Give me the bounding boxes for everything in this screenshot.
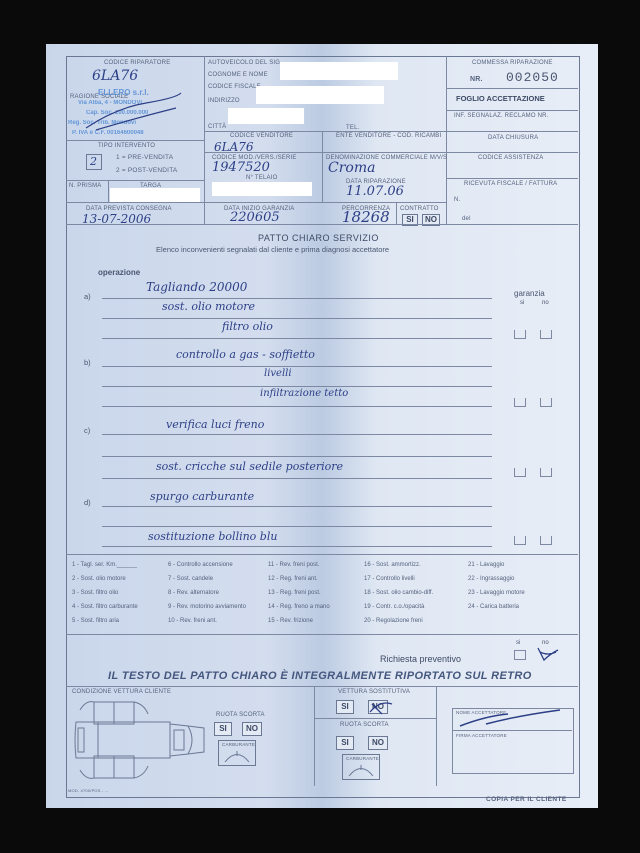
ricevuta-n-label: N. bbox=[454, 197, 460, 203]
codice-riparatore-value[interactable]: 6LA76 bbox=[92, 68, 138, 84]
divider bbox=[204, 131, 446, 132]
cognome-nome-redacted bbox=[280, 62, 398, 80]
indirizzo-label: Indirizzo bbox=[208, 98, 240, 104]
divider bbox=[204, 152, 446, 153]
divider bbox=[66, 202, 446, 203]
preventivo-si-label: si bbox=[516, 640, 520, 646]
line bbox=[102, 366, 492, 367]
operation-code-item: 13 - Reg. freni post. bbox=[268, 590, 321, 596]
divider bbox=[314, 718, 436, 719]
divider bbox=[66, 634, 578, 635]
data-riparazione-value[interactable]: 11.07.06 bbox=[346, 184, 404, 199]
operation-d-garanzia-si[interactable] bbox=[514, 536, 526, 545]
post-vendita-option: 2 = POST-VENDITA bbox=[116, 167, 177, 174]
ruota-scorta-2-label: Ruota scorta bbox=[340, 722, 389, 728]
garanzia-label: garanzia bbox=[514, 289, 545, 298]
ruota-scorta-2-si-button[interactable]: SI bbox=[336, 736, 354, 750]
operation-b-garanzia-no[interactable] bbox=[540, 398, 552, 407]
divider bbox=[452, 730, 572, 731]
fuel-gauge[interactable]: Carburante bbox=[218, 740, 256, 766]
vettura-sostitutiva-label: Vettura sostitutiva bbox=[338, 689, 410, 695]
n-prisma-label: N. Prisma bbox=[69, 183, 101, 189]
operation-b-garanzia-si[interactable] bbox=[514, 398, 526, 407]
operation-code-item: 15 - Rev. frizione bbox=[268, 618, 313, 624]
divider bbox=[446, 88, 578, 89]
line bbox=[102, 338, 492, 339]
vettura-sostitutiva-si-button[interactable]: SI bbox=[336, 700, 354, 714]
operation-c-garanzia-no[interactable] bbox=[540, 468, 552, 477]
divider bbox=[436, 686, 437, 786]
operation-b-letter: b) bbox=[84, 358, 91, 367]
tipo-intervento-label: Tipo intervento bbox=[98, 143, 155, 149]
operation-b-line-2[interactable]: livelli bbox=[264, 368, 292, 379]
operation-code-item: 10 - Rev. freni ant. bbox=[168, 618, 217, 624]
operazione-label: operazione bbox=[98, 268, 140, 277]
ricevuta-del-label: del bbox=[462, 216, 471, 222]
divider bbox=[446, 110, 578, 111]
preventivo-no-checkmark[interactable] bbox=[536, 644, 560, 664]
operation-code-item: 16 - Sost. ammortizz. bbox=[364, 562, 421, 568]
operation-code-item: 4 - Sost. filtro carburante bbox=[72, 604, 138, 610]
form-code: MOD. 4700/POS - ... bbox=[68, 788, 109, 793]
divider bbox=[66, 686, 578, 687]
operation-code-item: 12 - Reg. freni ant. bbox=[268, 576, 318, 582]
operation-code-item: 1 - Tagl. ser. Km.______ bbox=[72, 562, 137, 568]
operation-b-line-3[interactable]: infiltrazione tetto bbox=[260, 388, 348, 399]
nr-label: NR. bbox=[470, 76, 483, 83]
ricevuta-label: Ricevuta fiscale / fattura bbox=[464, 181, 557, 187]
citta-label: Città bbox=[208, 124, 226, 130]
operation-code-item: 5 - Sost. filtro aria bbox=[72, 618, 119, 624]
patto-subtitle: Elenco inconvenienti segnalati dal clien… bbox=[156, 245, 389, 254]
ruota-scorta-label: Ruota scorta bbox=[216, 712, 265, 718]
commessa-label: Commessa riparazione bbox=[472, 60, 553, 66]
divider bbox=[446, 178, 578, 179]
operation-a-garanzia-no[interactable] bbox=[540, 330, 552, 339]
line bbox=[102, 434, 492, 435]
foglio-accettazione-title: FOGLIO ACCETTAZIONE bbox=[456, 94, 545, 103]
n-telaio-label: N° Telaio bbox=[246, 175, 277, 181]
codice-fiscale-redacted bbox=[256, 86, 384, 104]
operation-c-letter: c) bbox=[84, 426, 90, 435]
operation-a-line-1[interactable]: Tagliando 20000 bbox=[146, 280, 247, 294]
data-chiusura-label: Data chiusura bbox=[488, 135, 538, 141]
line bbox=[102, 298, 492, 299]
tipo-intervento-box[interactable]: 2 bbox=[86, 154, 102, 170]
contratto-label: Contratto bbox=[400, 206, 439, 212]
inf-segnalaz-label: Inf. Segnalaz. Reclamo NR. bbox=[454, 113, 549, 119]
operation-code-item: 18 - Sost. olio cambio-diff. bbox=[364, 590, 433, 596]
garanzia-si-label: si bbox=[520, 300, 524, 306]
line bbox=[102, 386, 492, 387]
cognome-nome-label: Cognome e Nome bbox=[208, 72, 268, 78]
operation-d-garanzia-no[interactable] bbox=[540, 536, 552, 545]
n-telaio-redacted bbox=[212, 182, 312, 196]
codice-riparatore-label: Codice Riparatore bbox=[104, 60, 170, 66]
ruota-scorta-si-button[interactable]: SI bbox=[214, 722, 232, 736]
divider bbox=[66, 224, 578, 225]
operation-code-item: 17 - Controllo livelli bbox=[364, 576, 415, 582]
operation-code-item: 9 - Rev. motorino avviamento bbox=[168, 604, 246, 610]
preventivo-si-checkbox[interactable] bbox=[514, 650, 526, 660]
operation-code-item: 22 - Ingrassaggio bbox=[468, 576, 514, 582]
patto-title: PATTO CHIARO SERVIZIO bbox=[258, 233, 379, 243]
divider bbox=[396, 202, 397, 224]
divider bbox=[66, 554, 578, 555]
operation-a-line-2[interactable]: sost. olio motore bbox=[162, 300, 255, 313]
operation-c-line-3[interactable]: sost. cricche sul sedile posteriore bbox=[156, 460, 343, 473]
ente-venditore-label: Ente venditore - Cod. Ricambi bbox=[336, 133, 441, 139]
operation-code-item: 3 - Sost. filtro olio bbox=[72, 590, 118, 596]
divider bbox=[322, 131, 323, 202]
operation-b-line-1[interactable]: controllo a gas - soffietto bbox=[176, 348, 315, 361]
codice-fiscale-label: Codice Fiscale bbox=[208, 84, 261, 90]
accettatore-signature[interactable] bbox=[456, 708, 566, 730]
line bbox=[102, 526, 492, 527]
operation-a-line-3[interactable]: filtro olio bbox=[222, 320, 273, 333]
pre-vendita-option: 1 = PRE-VENDITA bbox=[116, 154, 173, 161]
divider bbox=[108, 180, 109, 202]
indirizzo-redacted bbox=[228, 108, 304, 124]
fuel-gauge-2[interactable]: Carburante bbox=[342, 754, 380, 780]
operation-code-item: 19 - Contr. c.o./opacità bbox=[364, 604, 424, 610]
operation-code-item: 14 - Reg. freno a mano bbox=[268, 604, 330, 610]
operation-code-item: 2 - Sost. olio motore bbox=[72, 576, 126, 582]
codice-venditore-label: Codice Venditore bbox=[230, 133, 293, 139]
divider bbox=[446, 152, 578, 153]
acceptance-form-sheet: Codice Riparatore 6LA76 Ragione sociale … bbox=[46, 44, 598, 808]
operation-code-item: 6 - Controllo accensione bbox=[168, 562, 233, 568]
operation-d-line-1[interactable]: spurgo carburante bbox=[150, 490, 254, 503]
condizione-vettura-label: Condizione vettura cliente bbox=[72, 689, 171, 695]
divider bbox=[446, 56, 447, 224]
denominazione-value[interactable]: Croma bbox=[328, 160, 375, 176]
codice-assistenza-label: Codice assistenza bbox=[478, 155, 543, 161]
autoveicolo-label: Autoveicolo del Sig. bbox=[208, 60, 282, 66]
line bbox=[102, 506, 492, 507]
line bbox=[102, 546, 492, 547]
patto-notice: IL TESTO DEL PATTO CHIARO È INTEGRALMENT… bbox=[108, 670, 532, 682]
line bbox=[102, 406, 492, 407]
car-diagram-icon[interactable] bbox=[72, 696, 210, 784]
operation-c-garanzia-si[interactable] bbox=[514, 468, 526, 477]
vettura-sostitutiva-no-mark bbox=[366, 698, 396, 716]
signature-scribble bbox=[76, 88, 186, 134]
operation-d-line-3[interactable]: sostituzione bollino blu bbox=[148, 530, 277, 543]
copia-cliente-label: COPIA PER IL CLIENTE bbox=[486, 796, 567, 803]
operation-code-item: 20 - Regolazione freni bbox=[364, 618, 423, 624]
ruota-scorta-no-button[interactable]: NO bbox=[242, 722, 262, 736]
targa-redacted bbox=[110, 188, 200, 202]
firma-accettatore-label: Firma accettatore bbox=[456, 733, 507, 738]
commessa-number: 002050 bbox=[506, 70, 559, 85]
line bbox=[102, 318, 492, 319]
operation-d-letter: d) bbox=[84, 498, 91, 507]
divider bbox=[66, 180, 204, 181]
ruota-scorta-2-no-button[interactable]: NO bbox=[368, 736, 388, 750]
richiesta-preventivo-label: Richiesta preventivo bbox=[380, 654, 461, 664]
operation-code-item: 11 - Rev. freni post. bbox=[268, 562, 319, 568]
garanzia-no-label: no bbox=[542, 300, 549, 306]
codice-mod-value[interactable]: 1947520 bbox=[212, 160, 270, 175]
divider bbox=[66, 140, 204, 141]
data-inizio-garanzia-value[interactable]: 220605 bbox=[230, 210, 280, 225]
operation-code-item: 23 - Lavaggio motore bbox=[468, 590, 525, 596]
operation-code-item: 7 - Sost. candele bbox=[168, 576, 213, 582]
operation-code-item: 8 - Rev. alternatore bbox=[168, 590, 219, 596]
operation-code-item: 21 - Lavaggio bbox=[468, 562, 504, 568]
divider bbox=[446, 131, 578, 132]
divider bbox=[204, 56, 205, 224]
operation-c-line-1[interactable]: verifica luci freno bbox=[166, 418, 264, 431]
operation-code-item: 24 - Carica batteria bbox=[468, 604, 519, 610]
line bbox=[102, 478, 492, 479]
operation-a-letter: a) bbox=[84, 292, 91, 301]
divider bbox=[314, 686, 315, 786]
line bbox=[102, 456, 492, 457]
operation-a-garanzia-si[interactable] bbox=[514, 330, 526, 339]
